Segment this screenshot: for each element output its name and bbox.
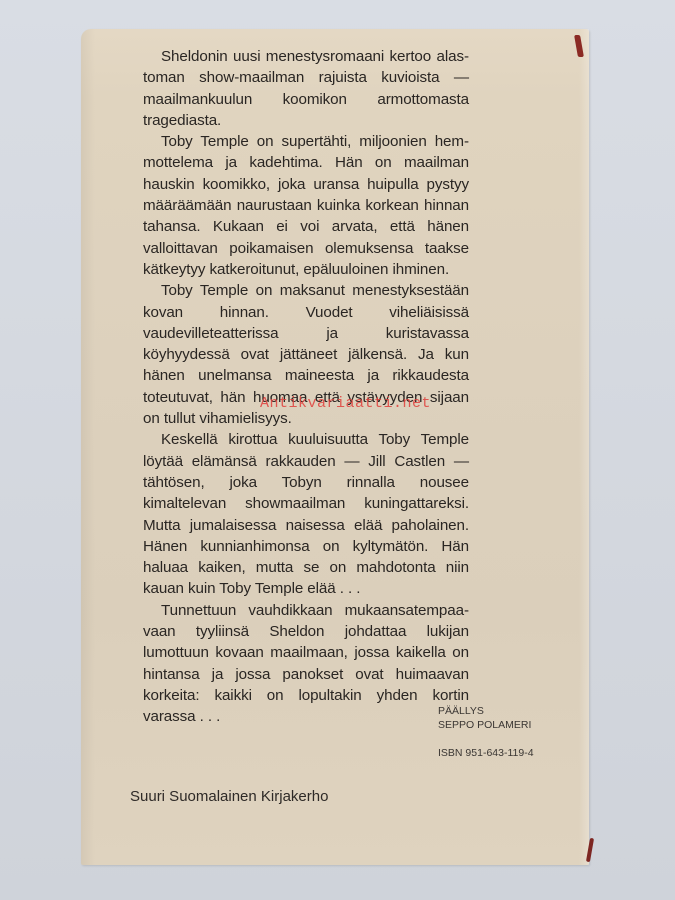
cover-credit-name: SEPPO POLAMERI: [438, 718, 534, 732]
watermark: Antikvariaatti.net: [260, 395, 431, 412]
isbn: ISBN 951-643-119-4: [438, 746, 534, 760]
blurb-paragraph-4: Keskellä kirottua kuuluisuutta Toby Temp…: [143, 429, 469, 599]
blurb-paragraph-1: Sheldonin uusi menestysromaani kertoo al…: [143, 46, 469, 131]
blurb-paragraph-5: Tunnettuun vauhdikkaan mukaansatempaa­va…: [143, 600, 469, 728]
cover-credit-label: PÄÄLLYS: [438, 704, 534, 718]
credits-block: PÄÄLLYS SEPPO POLAMERI ISBN 951-643-119-…: [438, 704, 534, 760]
publisher-name: Suuri Suomalainen Kirjakerho: [130, 788, 328, 805]
blurb-text: Sheldonin uusi menestysromaani kertoo al…: [143, 46, 469, 728]
blurb-paragraph-2: Toby Temple on supertähti, miljoonien he…: [143, 131, 469, 280]
